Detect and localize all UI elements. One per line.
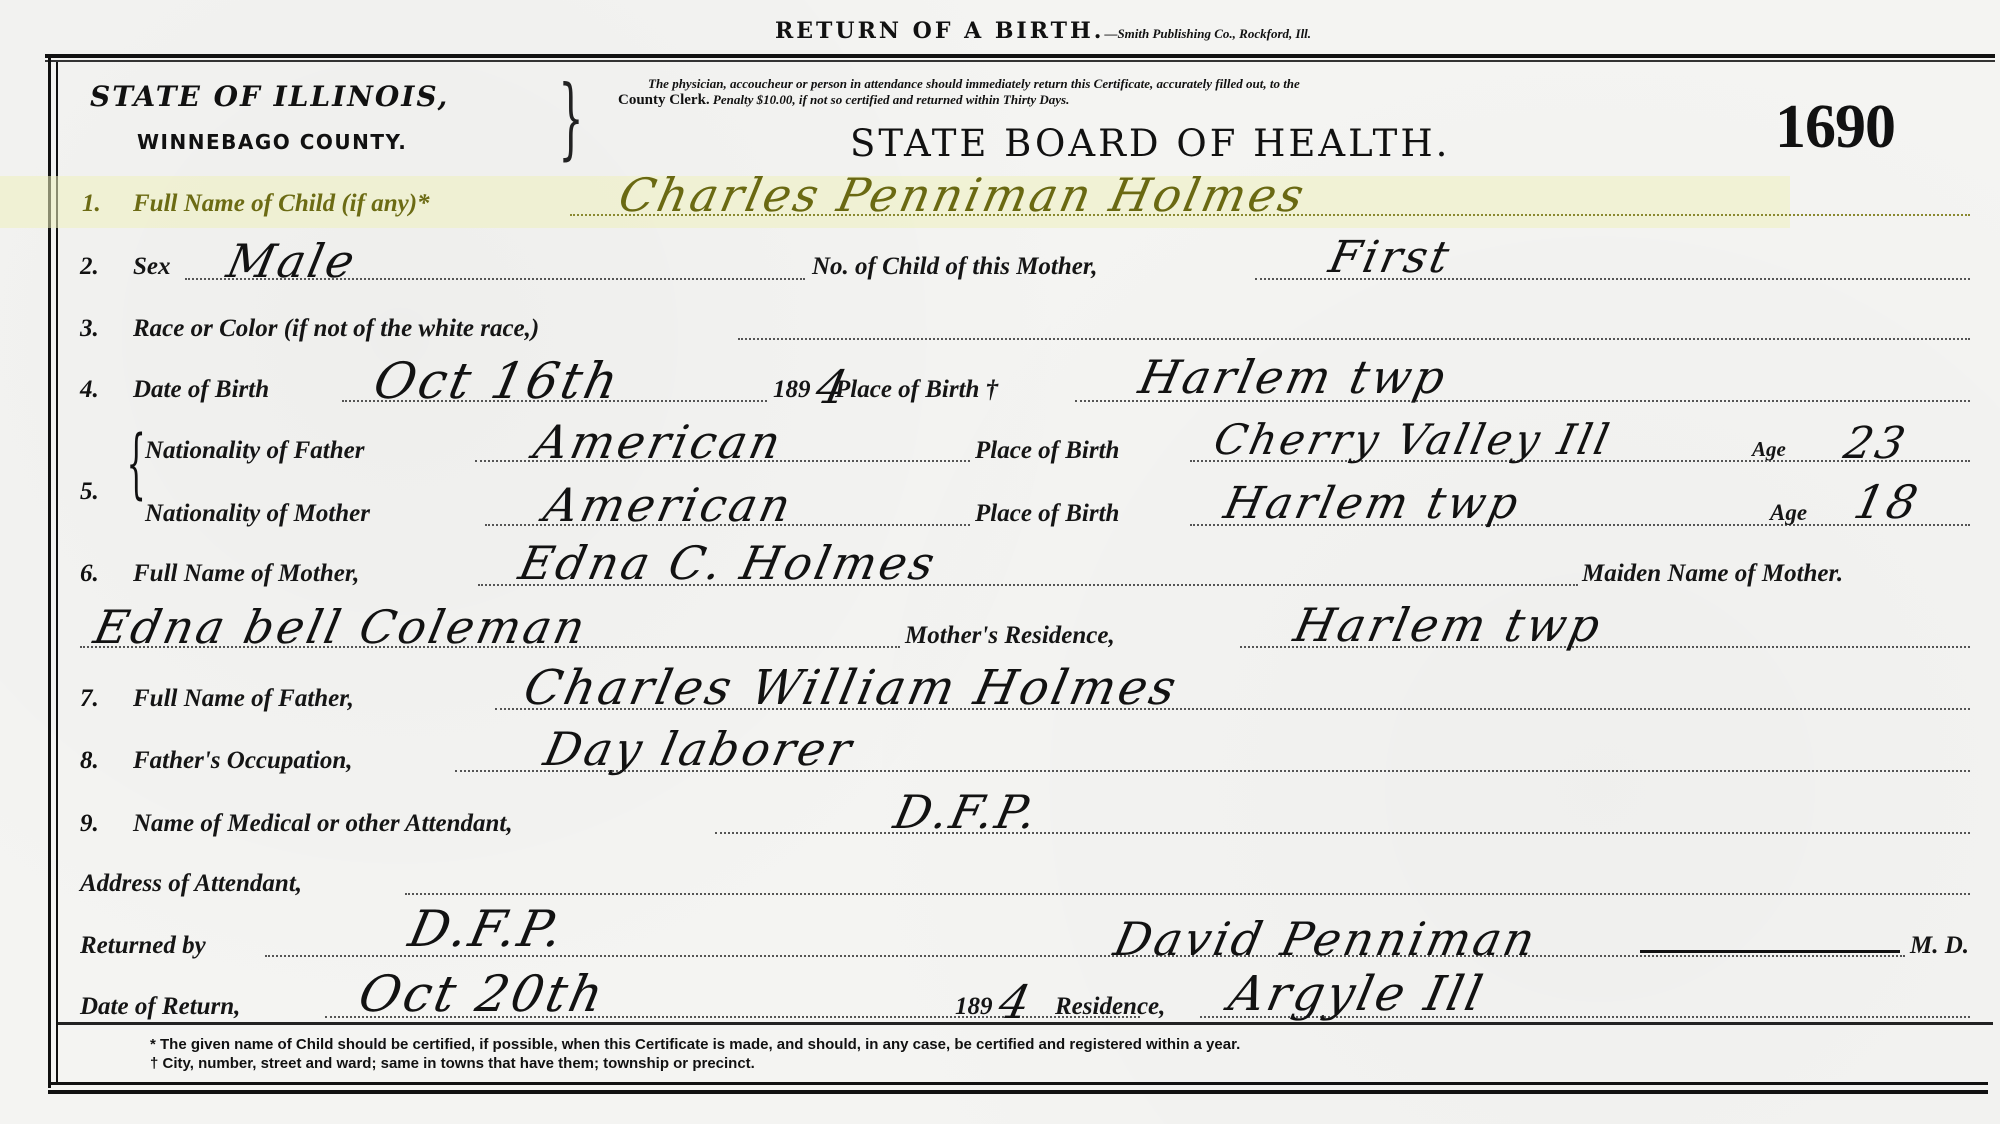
field-8-number: 8. bbox=[80, 747, 99, 775]
father-name-value[interactable]: Charles William Holmes bbox=[519, 660, 1184, 716]
bottom-rule bbox=[48, 1082, 1988, 1085]
birth-place-value[interactable]: Harlem twp bbox=[1134, 350, 1452, 404]
mother-age-label: Age bbox=[1770, 500, 1807, 526]
returned-by-initials[interactable]: D.F.P. bbox=[404, 900, 571, 958]
child-number-label: No. of Child of this Mother, bbox=[812, 253, 1097, 281]
mother-birthplace-value[interactable]: Harlem twp bbox=[1220, 478, 1526, 529]
board-heading: STATE BOARD OF HEALTH. bbox=[850, 122, 1450, 165]
footnote-1: * The given name of Child should be cert… bbox=[150, 1036, 1240, 1053]
maiden-name-label: Maiden Name of Mother. bbox=[1582, 560, 1843, 588]
father-name-label: Full Name of Father, bbox=[133, 685, 354, 713]
father-nationality-value[interactable]: American bbox=[529, 415, 788, 469]
county-heading: WINNEBAGO COUNTY. bbox=[137, 130, 407, 154]
return-year-prefix: 189 bbox=[955, 993, 993, 1021]
race-line bbox=[738, 338, 1970, 340]
father-age-label: Age bbox=[1752, 437, 1786, 462]
field-6-number: 6. bbox=[80, 560, 99, 588]
attendant-address-line bbox=[405, 893, 1970, 895]
footnote-2: † City, number, street and ward; same in… bbox=[150, 1055, 755, 1072]
notice-line-1: The physician, accoucheur or person in a… bbox=[618, 76, 1988, 92]
birth-year-prefix: 189 bbox=[773, 376, 811, 404]
birth-date-label: Date of Birth bbox=[133, 376, 269, 404]
field-7-number: 7. bbox=[80, 685, 99, 713]
returned-by-label: Returned by bbox=[80, 932, 206, 960]
return-year-digit[interactable]: 4 bbox=[994, 975, 1038, 1029]
field-4-number: 4. bbox=[80, 376, 99, 404]
attendant-address-label: Address of Attendant, bbox=[80, 870, 302, 898]
birth-date-value[interactable]: Oct 16th bbox=[369, 352, 626, 410]
maiden-name-value[interactable]: Edna bell Coleman bbox=[89, 600, 592, 654]
child-number-value[interactable]: First bbox=[1325, 232, 1457, 283]
return-date-value[interactable]: Oct 20th bbox=[354, 965, 611, 1023]
mother-nationality-value[interactable]: American bbox=[539, 478, 798, 532]
father-nationality-label: Nationality of Father bbox=[145, 437, 364, 465]
brace-glyph: } bbox=[558, 74, 583, 162]
occupation-label: Father's Occupation, bbox=[133, 747, 352, 775]
md-suffix: M. D. bbox=[1910, 932, 1969, 960]
return-date-label: Date of Return, bbox=[80, 993, 240, 1021]
signature-flourish bbox=[1640, 950, 1900, 953]
child-name-value[interactable]: Charles Penniman Holmes bbox=[614, 168, 1311, 222]
bottom-rule-thick bbox=[48, 1090, 1988, 1094]
mother-residence-label: Mother's Residence, bbox=[905, 622, 1115, 650]
physician-signature[interactable]: David Penniman bbox=[1109, 912, 1542, 966]
race-label: Race or Color (if not of the white race,… bbox=[133, 315, 539, 343]
form-title: RETURN OF A BIRTH.—Smith Publishing Co.,… bbox=[775, 18, 1311, 44]
mother-birthplace-label: Place of Birth bbox=[975, 500, 1119, 528]
field-9-number: 9. bbox=[80, 810, 99, 838]
field-3-number: 3. bbox=[80, 315, 99, 343]
father-birthplace-value[interactable]: Cherry Valley Ill bbox=[1210, 415, 1616, 464]
field-5-number: 5. bbox=[80, 478, 99, 506]
mother-nationality-label: Nationality of Mother bbox=[145, 500, 370, 528]
sex-value[interactable]: Male bbox=[222, 234, 362, 288]
notice-line-2: Penalty $10.00, if not so certified and … bbox=[713, 92, 1069, 107]
mother-name-value[interactable]: Edna C. Holmes bbox=[514, 536, 942, 590]
notice-county-clerk: County Clerk. bbox=[618, 92, 710, 108]
top-rule bbox=[45, 54, 1995, 58]
brace-left-glyph: { bbox=[127, 425, 146, 501]
form-title-text: RETURN OF A BIRTH. bbox=[775, 18, 1104, 44]
residence-value[interactable]: Argyle Ill bbox=[1224, 966, 1490, 1022]
top-rule-thin bbox=[45, 60, 1995, 62]
sex-label: Sex bbox=[133, 253, 171, 281]
birth-place-label: Place of Birth † bbox=[835, 376, 998, 404]
father-age-value[interactable]: 23 bbox=[1840, 418, 1913, 469]
publisher-text: —Smith Publishing Co., Rockford, Ill. bbox=[1104, 26, 1311, 41]
field-1-number: 1. bbox=[82, 190, 101, 218]
certificate-number: 1690 bbox=[1775, 92, 1895, 163]
state-heading: STATE OF ILLINOIS, bbox=[90, 80, 449, 113]
child-name-label: Full Name of Child (if any)* bbox=[133, 190, 430, 218]
mother-name-label: Full Name of Mother, bbox=[133, 560, 359, 588]
mother-age-value[interactable]: 18 bbox=[1849, 475, 1925, 529]
attendant-value[interactable]: D.F.P. bbox=[889, 785, 1044, 839]
mother-residence-value[interactable]: Harlem twp bbox=[1289, 598, 1607, 652]
field-2-number: 2. bbox=[80, 253, 99, 281]
attendant-label: Name of Medical or other Attendant, bbox=[133, 810, 513, 838]
occupation-value[interactable]: Day laborer bbox=[539, 722, 859, 776]
residence-label: Residence, bbox=[1055, 993, 1165, 1021]
footnote-rule bbox=[58, 1022, 1993, 1025]
father-birthplace-label: Place of Birth bbox=[975, 437, 1119, 465]
